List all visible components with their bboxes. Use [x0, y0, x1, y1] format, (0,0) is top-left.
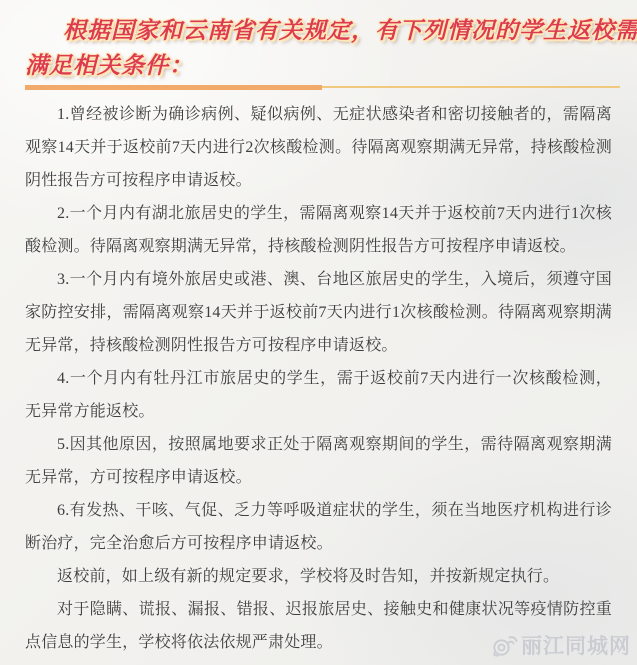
header-divider [25, 84, 620, 90]
paragraph-8: 对于隐瞒、谎报、漏报、错报、迟报旅居史、接触史和健康状况等疫情防控重点信息的学生… [25, 593, 612, 659]
notice-page: 根据国家和云南省有关规定，有下列情况的学生返校需 满足相关条件： 1.曾经被诊断… [0, 0, 637, 665]
page-title-line-1: 根据国家和云南省有关规定，有下列情况的学生返校需 [25, 13, 612, 48]
paragraph-7: 返校前，如上级有新的规定要求，学校将及时告知，并按新规定执行。 [25, 560, 612, 593]
paragraph-1: 1.曾经被诊断为确诊病例、疑似病例、无症状感染者和密切接触者的，需隔离观察14天… [25, 98, 612, 197]
paragraph-3: 3.一个月内有境外旅居史或港、澳、台地区旅居史的学生，入境后，须遵守国家防控安排… [25, 263, 612, 362]
paragraph-5: 5.因其他原因，按照属地要求正处于隔离观察期间的学生，需待隔离观察期满无异常，方… [25, 428, 612, 494]
notice-body: 1.曾经被诊断为确诊病例、疑似病例、无症状感染者和密切接触者的，需隔离观察14天… [25, 98, 612, 659]
divider-thin-line [322, 86, 620, 88]
paragraph-6: 6.有发热、干咳、气促、乏力等呼吸道症状的学生，须在当地医疗机构进行诊断治疗，完… [25, 494, 612, 560]
divider-thick-bar [25, 85, 322, 90]
paragraph-2: 2.一个月内有湖北旅居史的学生，需隔离观察14天并于返校前7天内进行1次核酸检测… [25, 197, 612, 263]
notice-header: 根据国家和云南省有关规定，有下列情况的学生返校需 满足相关条件： [0, 0, 637, 83]
page-title-line-2: 满足相关条件： [25, 48, 612, 83]
paragraph-4: 4.一个月内有牡丹江市旅居史的学生，需于返校前7天内进行一次核酸检测，无异常方能… [25, 362, 612, 428]
